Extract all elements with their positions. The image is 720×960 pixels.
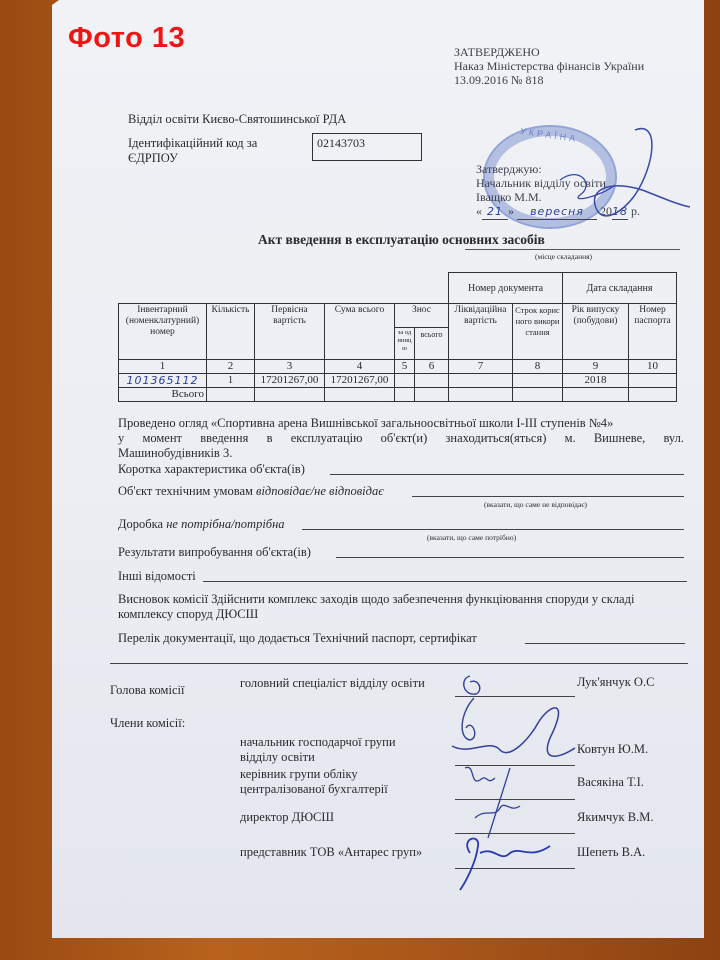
cell-year-built: 2018 [563, 374, 629, 388]
commission-head-label: Голова комісії [110, 683, 184, 698]
header-passport-number: Номер паспорта [629, 304, 677, 360]
conclusion-line-1: Висновок комісії Здійснити комплекс захо… [118, 592, 684, 606]
header-useful-life: Строк корисного використання [513, 304, 563, 360]
total-row: Всього [119, 388, 677, 402]
location-line-2: Машинобудівників 3. [118, 446, 684, 460]
cell-inventory-number: 101365112 [119, 374, 207, 388]
approval-order: Наказ Міністерства фінансів України [454, 59, 644, 73]
place-caption: (місце складання) [535, 252, 592, 261]
documentation-line-2 [110, 663, 688, 664]
rework-line [302, 529, 684, 530]
header-inventory-number: Інвентарний (номенклатурний) номер [119, 304, 207, 360]
edrpou-label: Ідентифікаційний код за ЄДРПОУ [128, 136, 288, 166]
group-header-doc-number: Номер документа [449, 273, 563, 304]
header-total-sum: Сума всього [325, 304, 395, 360]
location-line-1: у момент введення в експлуатацію об'єкт(… [118, 431, 684, 445]
approval-title: ЗАТВЕРДЖЕНО [454, 45, 644, 59]
header-year-built: Рік випуску (побудови) [563, 304, 629, 360]
signatory-4-role: директор ДЮСШ [240, 810, 334, 825]
commission-signatures-icon [440, 668, 600, 898]
documentation-line [525, 643, 685, 644]
rework-caption: (вказати, що саме потрібно) [427, 533, 516, 542]
signatory-2-role: начальник господарчої групи відділу осві… [240, 735, 396, 765]
conclusion-line-2: комплексу споруд ДЮСШ [118, 607, 684, 621]
tech-caption: (вказати, що саме не відповідає) [484, 500, 587, 509]
photo-label: Фото 13 [68, 22, 185, 55]
approver-signature-icon [540, 125, 690, 235]
group-header-depreciation: Знос [395, 304, 449, 328]
cell-quantity: 1 [207, 374, 255, 388]
header-initial-value: Первісна вартість [255, 304, 325, 360]
commission-members-label: Члени комісії: [110, 716, 185, 731]
header-liquidation-value: Ліквідаційна вартість [449, 304, 513, 360]
table-row: 101365112 1 17201267,00 17201267,00 2018 [119, 374, 677, 388]
column-number-row: 1 2 3 4 5 6 7 8 9 10 [119, 360, 677, 374]
header-quantity: Кількість [207, 304, 255, 360]
document-title: Акт введення в експлуатацію основних зас… [258, 232, 545, 248]
signatory-5-role: представник ТОВ «Антарес груп» [240, 845, 422, 860]
inspection-text: Проведено огляд «Спортивна арена Вишнівс… [118, 416, 684, 430]
place-line [465, 248, 680, 250]
cell-total-sum: 17201267,00 [325, 374, 395, 388]
approval-date: 13.09.2016 № 818 [454, 73, 644, 87]
tech-option: відповідає/не відповідає [256, 484, 384, 498]
header-depreciation-total: всього [415, 328, 449, 360]
rework-option: не потрібна/потрібна [166, 517, 284, 531]
assets-table: Номер документа Дата складання Інвентарн… [118, 272, 677, 402]
approval-header: ЗАТВЕРДЖЕНО Наказ Міністерства фінансів … [454, 45, 644, 87]
cell-initial-value: 17201267,00 [255, 374, 325, 388]
total-label: Всього [119, 388, 207, 402]
test-results-line [336, 557, 684, 558]
organization-name: Відділ освіти Києво-Святошинської РДА [128, 112, 346, 127]
tech-conditions-line [412, 496, 684, 497]
signatory-3-role: керівник групи обліку централізованої бу… [240, 767, 388, 797]
signatory-1-role: головний спеціаліст відділу освіти [240, 676, 425, 691]
short-description-line [330, 474, 684, 475]
edrpou-code-box: 02143703 [312, 133, 422, 161]
group-header-date: Дата складання [563, 273, 677, 304]
header-per-unit: за одиницю [395, 328, 415, 360]
approve-day: 21 [482, 205, 508, 220]
other-info-line [203, 581, 687, 582]
